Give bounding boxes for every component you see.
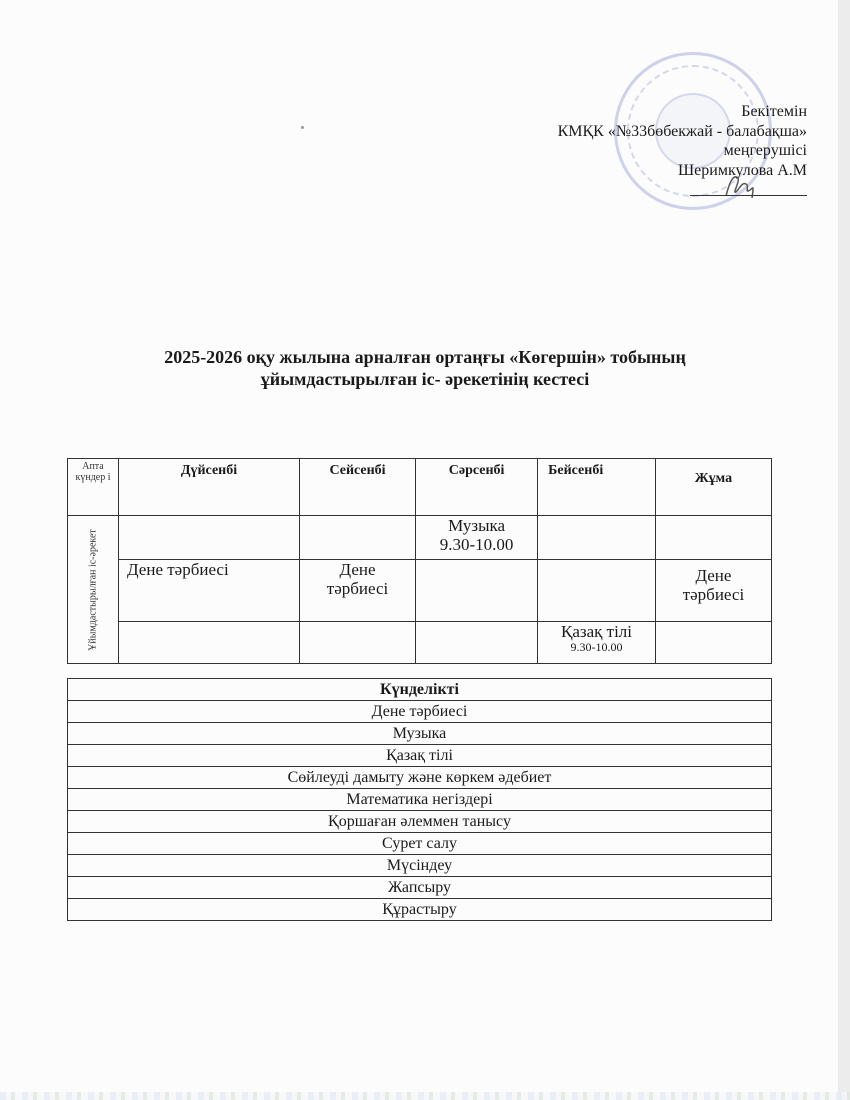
schedule-cell: Музыка9.30-10.00: [416, 516, 538, 560]
daily-row: Құрастыру: [68, 899, 772, 921]
schedule-cell: [416, 560, 538, 622]
daily-row: Сөйлеуді дамыту және көркем әдебиет: [68, 767, 772, 789]
schedule-cell: Дене тәрбиесі: [119, 560, 300, 622]
schedule-cell: [416, 622, 538, 664]
title-line-2: ұйымдастырылған іс- әрекетінің кестесі: [0, 368, 850, 390]
daily-row: Мүсіндеу: [68, 855, 772, 877]
activity-time: 9.30-10.00: [416, 535, 537, 554]
daily-row: Қоршаған әлеммен танысу: [68, 811, 772, 833]
day-header: Дүйсенбі: [119, 459, 300, 516]
day-header: Жұма: [655, 459, 771, 516]
side-label: Ұйымдастырылған іс-әрекет: [84, 529, 103, 651]
page-edge: [838, 0, 850, 1100]
approval-role: меңгерушісі: [558, 141, 807, 161]
schedule-cell: [299, 516, 415, 560]
daily-row: Музыка: [68, 723, 772, 745]
daily-item: Музыка: [68, 723, 772, 745]
daily-item: Құрастыру: [68, 899, 772, 921]
daily-row: Жапсыру: [68, 877, 772, 899]
activity-name: Дене тәрбиесі: [127, 560, 229, 579]
daily-header-row: Күнделікті: [68, 679, 772, 701]
day-header: Бейсенбі: [538, 459, 656, 516]
approval-name: Шеримкулова А.М: [558, 161, 807, 181]
daily-item: Мүсіндеу: [68, 855, 772, 877]
schedule-cell: [655, 516, 771, 560]
schedule-header-row: Апта күндер і Дүйсенбі Сейсенбі Сәрсенбі…: [68, 459, 772, 516]
approval-org: КМҚК «№33бөбекжай - балабақша»: [558, 122, 807, 142]
schedule-cell: [119, 622, 300, 664]
title-line-1: 2025-2026 оқу жылына арналған ортаңғы «К…: [0, 346, 850, 368]
daily-item: Сурет салу: [68, 833, 772, 855]
schedule-cell: [299, 622, 415, 664]
daily-row: Сурет салу: [68, 833, 772, 855]
corner-header: Апта күндер і: [68, 459, 119, 516]
document-title: 2025-2026 оқу жылына арналған ортаңғы «К…: [0, 346, 850, 390]
activity-name: Дене тәрбиесі: [323, 560, 393, 598]
schedule-cell: Дене тәрбиесі: [655, 560, 771, 622]
schedule-cell: [538, 560, 656, 622]
signature-line: [690, 195, 807, 196]
schedule-row: Ұйымдастырылған іс-әрекетМузыка9.30-10.0…: [68, 516, 772, 560]
daily-item: Сөйлеуді дамыту және көркем әдебиет: [68, 767, 772, 789]
schedule-row: Қазақ тілі9.30-10.00: [68, 622, 772, 664]
activity-name: Музыка: [448, 516, 505, 535]
activity-name: Дене тәрбиесі: [678, 566, 748, 604]
schedule-cell: Дене тәрбиесі: [299, 560, 415, 622]
schedule-row: Дене тәрбиесіДене тәрбиесіДене тәрбиесі: [68, 560, 772, 622]
activity-time: 9.30-10.00: [538, 641, 655, 654]
approval-line: Бекітемін: [558, 102, 807, 122]
day-header: Сейсенбі: [299, 459, 415, 516]
day-header: Сәрсенбі: [416, 459, 538, 516]
daily-row: Дене тәрбиесі: [68, 701, 772, 723]
schedule-cell: [119, 516, 300, 560]
scan-artifact: [0, 1092, 850, 1100]
daily-item: Қоршаған әлеммен танысу: [68, 811, 772, 833]
daily-header: Күнделікті: [68, 679, 772, 701]
daily-item: Математика негіздері: [68, 789, 772, 811]
approval-block: Бекітемін КМҚК «№33бөбекжай - балабақша»…: [558, 102, 807, 180]
daily-activities-table: Күнделікті Дене тәрбиесіМузыкаҚазақ тілі…: [67, 678, 772, 921]
daily-row: Математика негіздері: [68, 789, 772, 811]
scan-dot: [301, 126, 304, 129]
daily-item: Жапсыру: [68, 877, 772, 899]
activity-name: Қазақ тілі: [561, 622, 632, 641]
schedule-table: Апта күндер і Дүйсенбі Сейсенбі Сәрсенбі…: [67, 458, 772, 664]
schedule-cell: [655, 622, 771, 664]
schedule-cell: [538, 516, 656, 560]
daily-item: Дене тәрбиесі: [68, 701, 772, 723]
daily-item: Қазақ тілі: [68, 745, 772, 767]
daily-row: Қазақ тілі: [68, 745, 772, 767]
schedule-cell: Қазақ тілі9.30-10.00: [538, 622, 656, 664]
side-label-cell: Ұйымдастырылған іс-әрекет: [68, 516, 119, 664]
